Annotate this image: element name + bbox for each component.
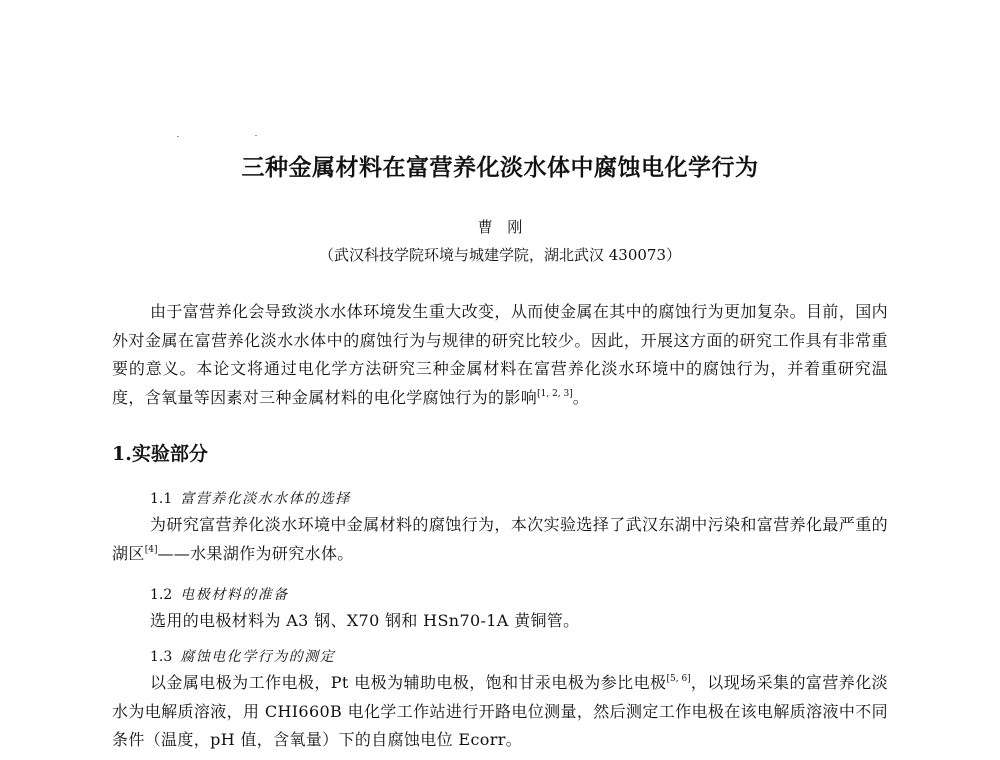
subsection-paragraph: 为研究富营养化淡水环境中金属材料的腐蚀行为，本次实验选择了武汉东湖中污染和富营养… (112, 511, 888, 568)
document-page: 三种金属材料在富营养化淡水体中腐蚀电化学行为 曹 刚 （武汉科技学院环境与城建学… (0, 0, 1000, 760)
subsection-heading: 1.1富营养化淡水水体的选择 (150, 488, 351, 510)
scan-speck (255, 135, 257, 136)
subsection-title: 腐蚀电化学行为的测定 (180, 649, 335, 665)
subsection-title: 富营养化淡水水体的选择 (180, 491, 351, 507)
subsection-number: 1.2 (150, 587, 172, 603)
subsection-title: 电极材料的准备 (180, 587, 289, 603)
intro-paragraph: 由于富营养化会导致淡水水体环境发生重大改变，从而使金属在其中的腐蚀行为更加复杂。… (112, 298, 888, 412)
scan-speck (177, 136, 179, 137)
subsection-paragraph: 选用的电极材料为 A3 钢、X70 钢和 HSn70-1A 黄铜管。 (112, 607, 888, 636)
paragraph-text: 选用的电极材料为 A3 钢、X70 钢和 HSn70-1A 黄铜管。 (150, 611, 580, 630)
intro-end: 。 (573, 388, 589, 407)
subsection-heading: 1.3腐蚀电化学行为的测定 (150, 646, 335, 668)
paragraph-text: 以金属电极为工作电极，Pt 电极为辅助电极，饱和甘汞电极为参比电极 (150, 673, 666, 692)
paper-title: 三种金属材料在富营养化淡水体中腐蚀电化学行为 (0, 153, 1000, 183)
intro-text: 由于富营养化会导致淡水水体环境发生重大改变，从而使金属在其中的腐蚀行为更加复杂。… (112, 302, 888, 407)
section-heading: 1.实验部分 (112, 441, 208, 467)
author-affiliation: （武汉科技学院环境与城建学院，湖北武汉 430073） (0, 244, 1000, 266)
author-name: 曹 刚 (0, 216, 1000, 238)
subsection-paragraph: 以金属电极为工作电极，Pt 电极为辅助电极，饱和甘汞电极为参比电极[5, 6]，… (112, 669, 888, 755)
subsection-heading: 1.2电极材料的准备 (150, 584, 289, 606)
subsection-number: 1.1 (150, 491, 172, 507)
citation-ref: [1, 2, 3] (537, 389, 573, 399)
subsection-number: 1.3 (150, 649, 172, 665)
citation-ref: [4] (145, 545, 158, 555)
paragraph-text: ——水果湖作为研究水体。 (157, 544, 353, 563)
citation-ref: [5, 6] (666, 674, 690, 684)
